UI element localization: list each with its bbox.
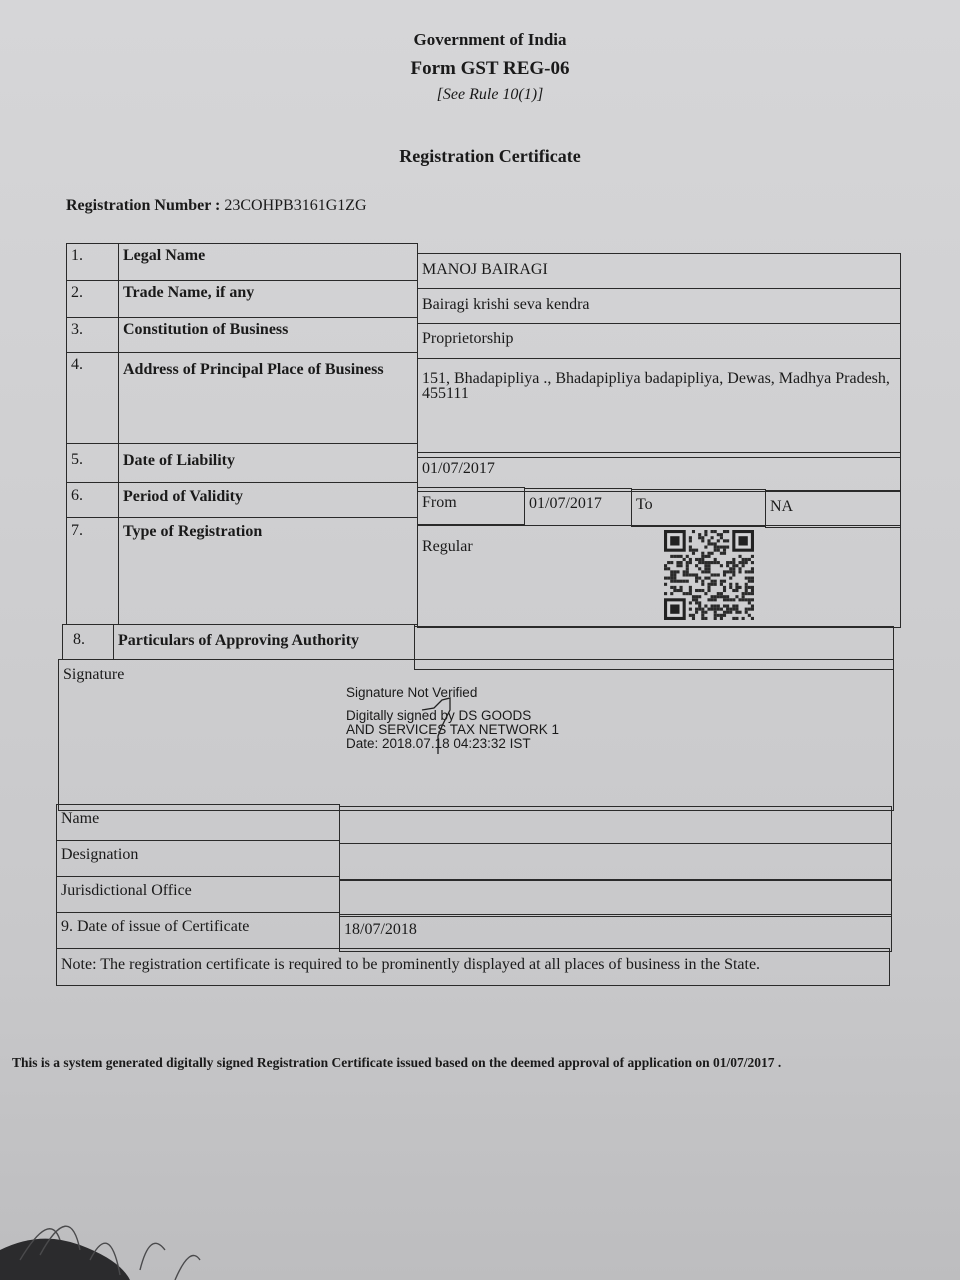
designation-label: Designation	[56, 840, 340, 877]
issue-date-value: 18/07/2018	[339, 914, 892, 952]
validity-to-value: NA	[765, 490, 901, 528]
rule-reference: [See Rule 10(1)]	[10, 86, 960, 104]
registration-number: Registration Number : 23COHPB3161G1ZG	[66, 197, 367, 215]
row-5-label: Date of Liability	[118, 443, 418, 483]
registration-number-value: 23COHPB3161G1ZG	[224, 197, 366, 214]
row-1-number: 1.	[66, 243, 119, 281]
government-heading: Government of India	[10, 30, 960, 50]
validity-from-value: 01/07/2017	[524, 488, 632, 526]
liability-date-value: 01/07/2017	[417, 452, 901, 492]
row-7-number: 7.	[66, 517, 119, 625]
row-6-label: Period of Validity	[118, 482, 418, 518]
form-number: Form GST REG-06	[10, 58, 960, 80]
name-label: Name	[56, 804, 340, 841]
row-2-number: 2.	[66, 280, 119, 318]
qr-code-icon	[664, 530, 754, 620]
constitution-value: Proprietorship	[417, 323, 901, 359]
row-3-number: 3.	[66, 317, 119, 353]
row-3-label: Constitution of Business	[118, 317, 418, 353]
validity-to-label: To	[631, 489, 766, 527]
registration-type-value: Regular	[417, 525, 901, 628]
row-4-label: Address of Principal Place of Business	[118, 352, 418, 444]
display-note: Note: The registration certificate is re…	[56, 948, 890, 986]
row-7-label: Type of Registration	[118, 517, 418, 625]
certificate-title: Registration Certificate	[10, 146, 960, 167]
name-value	[339, 806, 892, 844]
row-8-label: Particulars of Approving Authority	[113, 624, 415, 660]
validity-from-label: From	[417, 487, 525, 525]
row-4-number: 4.	[66, 352, 119, 444]
check-mark-icon	[420, 696, 480, 756]
hair-shadow-decoration	[0, 1190, 360, 1280]
registration-number-label: Registration Number :	[66, 197, 220, 214]
office-value	[339, 879, 892, 917]
row-2-label: Trade Name, if any	[118, 280, 418, 318]
address-value: 151, Bhadapipliya ., Bhadapipliya badapi…	[417, 358, 901, 458]
office-label: Jurisdictional Office	[56, 876, 340, 913]
row-1-label: Legal Name	[118, 243, 418, 281]
issue-date-label: 9. Date of issue of Certificate	[56, 912, 340, 949]
row-6-number: 6.	[66, 482, 119, 518]
row-8-number: 8.	[62, 624, 114, 660]
row-5-number: 5.	[66, 443, 119, 483]
designation-value	[339, 843, 892, 881]
legal-name-value: MANOJ BAIRAGI	[417, 253, 901, 289]
trade-name-value: Bairagi krishi seva kendra	[417, 288, 901, 324]
system-generated-notice: This is a system generated digitally sig…	[12, 1055, 781, 1071]
